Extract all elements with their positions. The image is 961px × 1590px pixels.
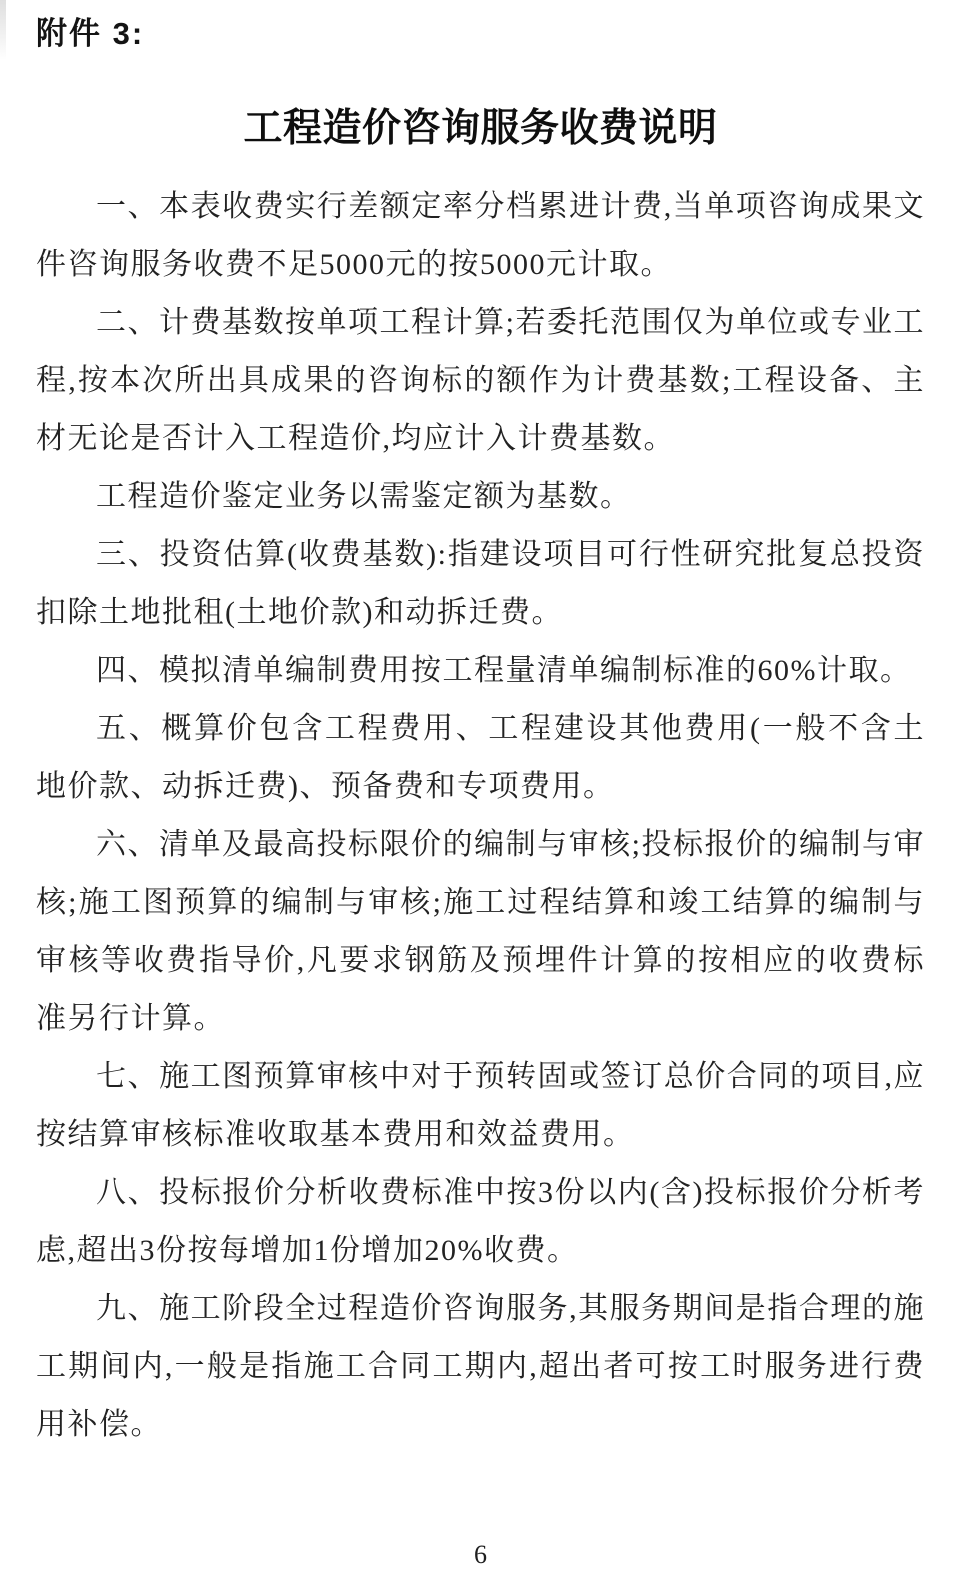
paragraph-2: 二、计费基数按单项工程计算;若委托范围仅为单位或专业工程,按本次所出具成果的咨询… — [36, 294, 925, 468]
document-body: 一、本表收费实行差额定率分档累进计费,当单项咨询成果文件咨询服务收费不足5000… — [36, 178, 925, 1454]
attachment-label: 附件 3: — [36, 14, 925, 54]
paragraph-2-sub: 工程造价鉴定业务以需鉴定额为基数。 — [36, 468, 925, 526]
paragraph-1: 一、本表收费实行差额定率分档累进计费,当单项咨询成果文件咨询服务收费不足5000… — [36, 178, 925, 294]
document-title: 工程造价咨询服务收费说明 — [36, 106, 925, 152]
paragraph-6: 六、清单及最高投标限价的编制与审核;投标报价的编制与审核;施工图预算的编制与审核… — [36, 816, 925, 1048]
paragraph-7: 七、施工图预算审核中对于预转固或签订总价合同的项目,应按结算审核标准收取基本费用… — [36, 1048, 925, 1164]
paragraph-8: 八、投标报价分析收费标准中按3份以内(含)投标报价分析考虑,超出3份按每增加1份… — [36, 1164, 925, 1280]
paragraph-4: 四、模拟清单编制费用按工程量清单编制标准的60%计取。 — [36, 642, 925, 700]
paragraph-3: 三、投资估算(收费基数):指建设项目可行性研究批复总投资扣除土地批租(土地价款)… — [36, 526, 925, 642]
scan-artifact — [0, 0, 6, 60]
page-number: 6 — [0, 1540, 961, 1570]
document-page: 附件 3: 工程造价咨询服务收费说明 一、本表收费实行差额定率分档累进计费,当单… — [0, 0, 961, 1590]
paragraph-9: 九、施工阶段全过程造价咨询服务,其服务期间是指合理的施工期间内,一般是指施工合同… — [36, 1280, 925, 1454]
paragraph-5: 五、概算价包含工程费用、工程建设其他费用(一般不含土地价款、动拆迁费)、预备费和… — [36, 700, 925, 816]
